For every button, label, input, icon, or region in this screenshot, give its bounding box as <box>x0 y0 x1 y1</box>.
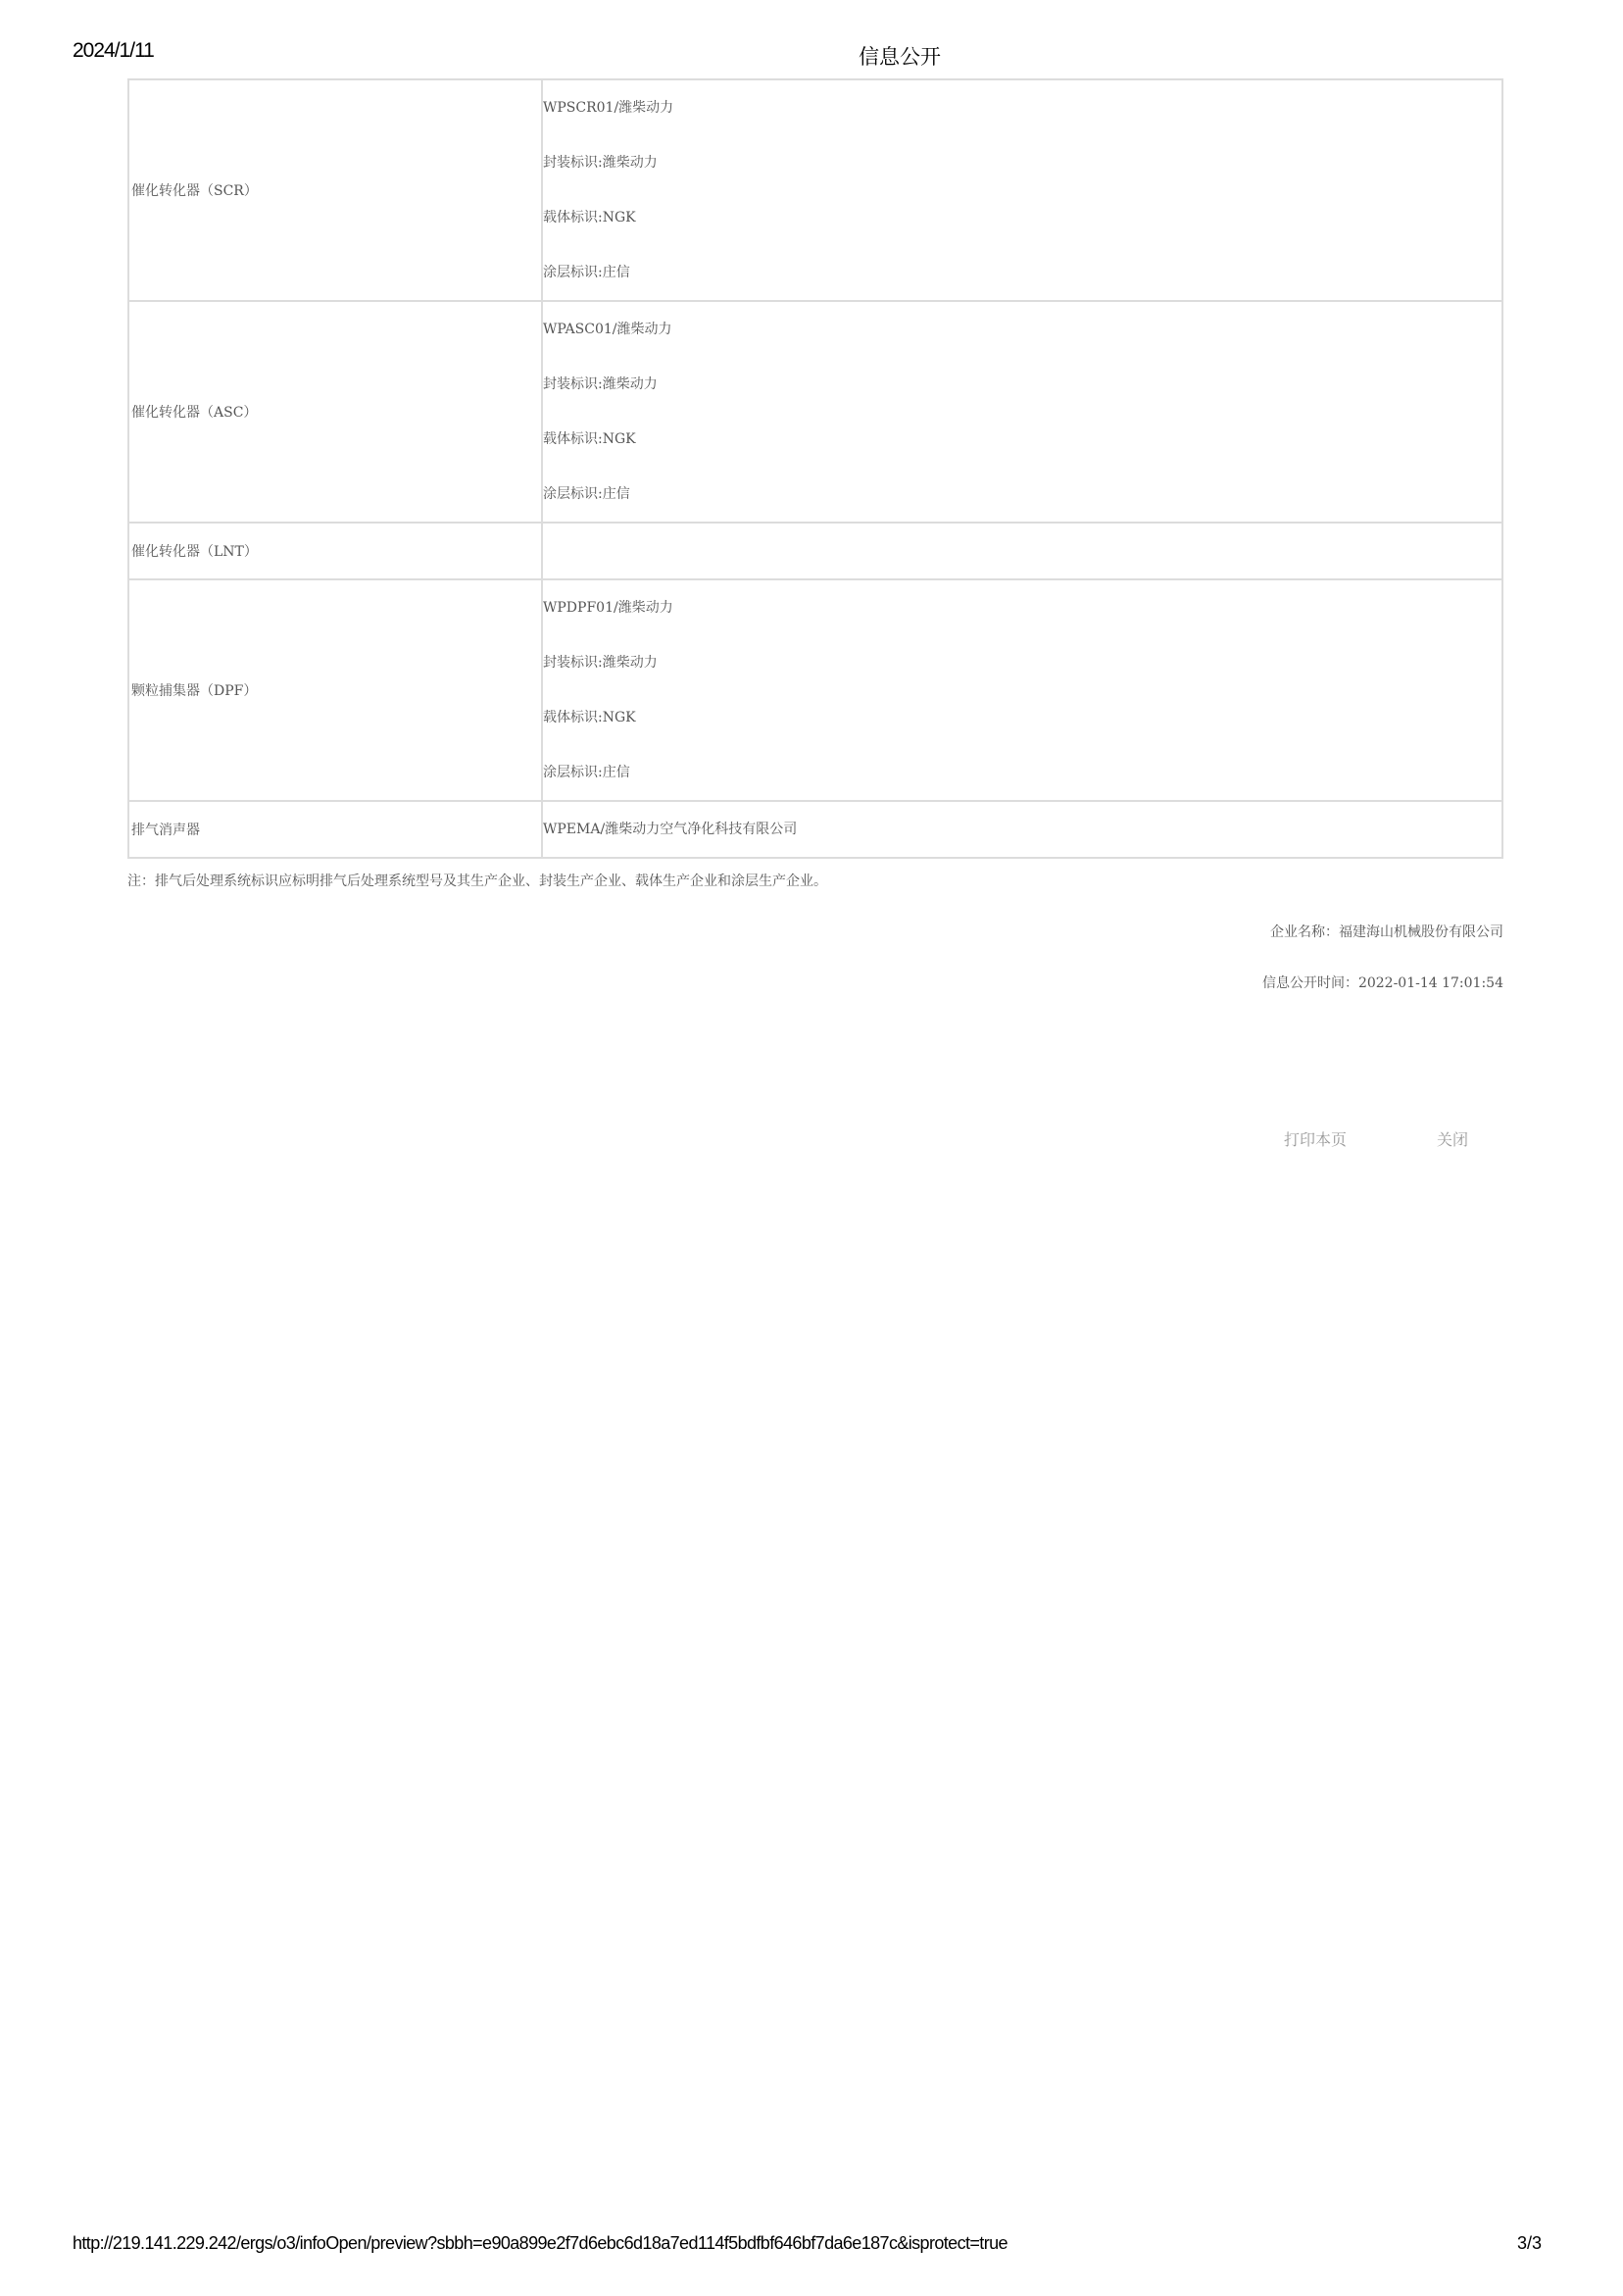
value-line: WPASC01/潍柴动力 <box>543 302 1501 357</box>
value-line: WPDPF01/潍柴动力 <box>543 580 1501 635</box>
value-line: 载体标识:NGK <box>543 412 1501 467</box>
table-row: 排气消声器 WPEMA/潍柴动力空气净化科技有限公司 <box>128 801 1502 858</box>
row-value: WPDPF01/潍柴动力 封装标识:潍柴动力 载体标识:NGK 涂层标识:庄信 <box>542 579 1502 801</box>
value-line: 封装标识:潍柴动力 <box>543 135 1501 190</box>
row-label: 催化转化器（LNT） <box>128 523 542 579</box>
value-line: WPEMA/潍柴动力空气净化科技有限公司 <box>543 802 1501 857</box>
value-line: 涂层标识:庄信 <box>543 467 1501 522</box>
publish-time: 信息公开时间：2022-01-14 17:01:54 <box>1262 973 1503 992</box>
row-value: WPEMA/潍柴动力空气净化科技有限公司 <box>542 801 1502 858</box>
row-value-empty <box>542 523 1502 579</box>
print-footer-url: http://219.141.229.242/ergs/o3/infoOpen/… <box>73 2233 1008 2254</box>
table-row: 催化转化器（SCR） WPSCR01/潍柴动力 封装标识:潍柴动力 载体标识:N… <box>128 79 1502 301</box>
value-line: 载体标识:NGK <box>543 690 1501 745</box>
value-line: WPSCR01/潍柴动力 <box>543 80 1501 135</box>
table-row: 催化转化器（ASC） WPASC01/潍柴动力 封装标识:潍柴动力 载体标识:N… <box>128 301 1502 523</box>
table-row: 颗粒捕集器（DPF） WPDPF01/潍柴动力 封装标识:潍柴动力 载体标识:N… <box>128 579 1502 801</box>
footnote: 注：排气后处理系统标识应标明排气后处理系统型号及其生产企业、封装生产企业、载体生… <box>127 871 827 890</box>
close-button[interactable]: 关闭 <box>1437 1127 1468 1150</box>
value-line: 封装标识:潍柴动力 <box>543 357 1501 412</box>
print-header-title: 信息公开 <box>0 41 1623 71</box>
row-label: 催化转化器（SCR） <box>128 79 542 301</box>
print-page-button[interactable]: 打印本页 <box>1284 1127 1347 1150</box>
row-label: 颗粒捕集器（DPF） <box>128 579 542 801</box>
row-label: 排气消声器 <box>128 801 542 858</box>
value-line: 涂层标识:庄信 <box>543 745 1501 800</box>
value-line: 涂层标识:庄信 <box>543 245 1501 300</box>
print-footer-page-number: 3/3 <box>1517 2233 1542 2254</box>
value-line: 封装标识:潍柴动力 <box>543 635 1501 690</box>
value-line: 载体标识:NGK <box>543 190 1501 245</box>
row-value: WPASC01/潍柴动力 封装标识:潍柴动力 载体标识:NGK 涂层标识:庄信 <box>542 301 1502 523</box>
row-label: 催化转化器（ASC） <box>128 301 542 523</box>
aftertreatment-table: 催化转化器（SCR） WPSCR01/潍柴动力 封装标识:潍柴动力 载体标识:N… <box>127 78 1503 859</box>
company-name: 企业名称：福建海山机械股份有限公司 <box>1270 922 1503 941</box>
table-row: 催化转化器（LNT） <box>128 523 1502 579</box>
row-value: WPSCR01/潍柴动力 封装标识:潍柴动力 载体标识:NGK 涂层标识:庄信 <box>542 79 1502 301</box>
